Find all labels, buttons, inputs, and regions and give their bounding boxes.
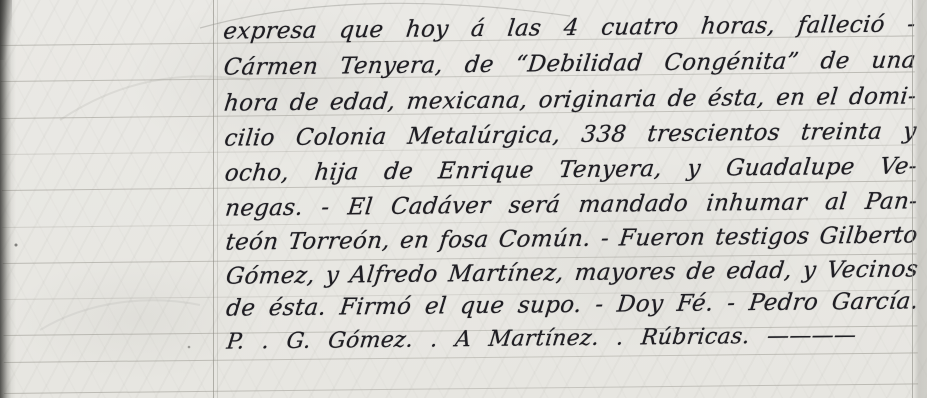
margin-line bbox=[213, 0, 214, 398]
page-right-edge bbox=[912, 0, 927, 398]
page-left-edge-shadow bbox=[0, 0, 12, 60]
document-scan: expresa que hoy á las 4 cuatro horas, fa… bbox=[0, 0, 927, 398]
margin-line bbox=[217, 0, 218, 398]
pencil-scuff-marks bbox=[0, 0, 927, 398]
